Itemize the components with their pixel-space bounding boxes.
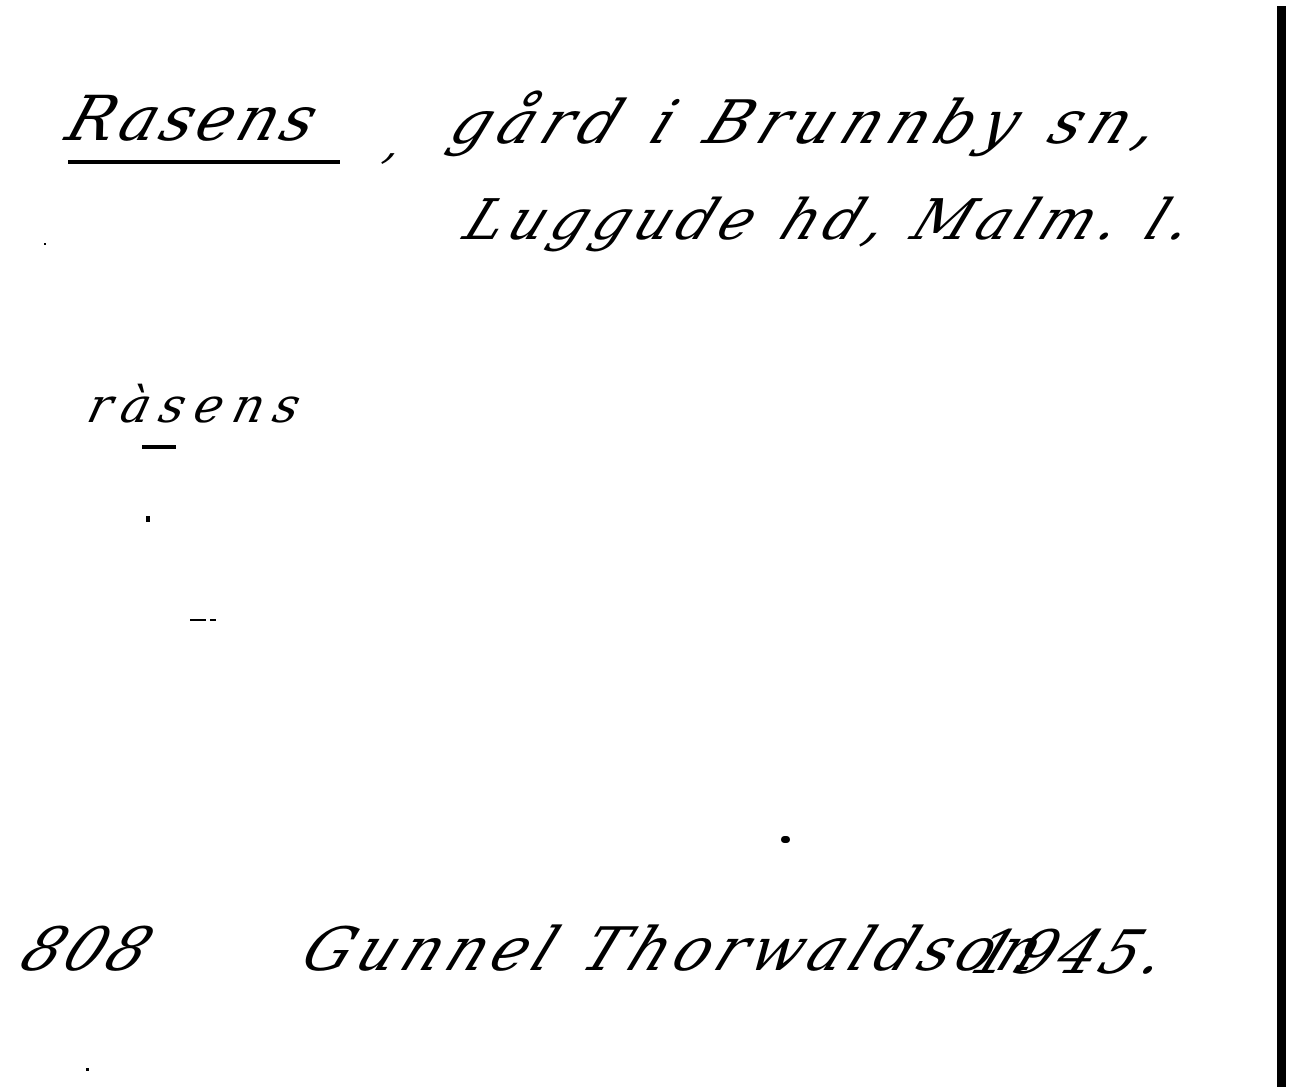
headword: Rasens bbox=[58, 82, 331, 155]
headword-separator: , bbox=[378, 118, 417, 169]
card-right-edge-scan-border bbox=[1277, 6, 1286, 1087]
headword-underline bbox=[68, 160, 340, 164]
phonetic-stress-underline bbox=[142, 445, 176, 449]
recorder-name: Gunnel Thorwaldson bbox=[292, 915, 1060, 985]
archive-card: Rasens , gård i Brunnby sn, Luggude hd, … bbox=[0, 0, 1290, 1087]
record-year: 1945. bbox=[962, 918, 1182, 988]
ink-speck bbox=[210, 619, 216, 621]
ink-speck bbox=[146, 516, 150, 522]
description-line-1: gård i Brunnby sn, bbox=[440, 88, 1179, 158]
ink-speck bbox=[86, 1068, 89, 1071]
ink-dot bbox=[781, 836, 790, 843]
ink-speck bbox=[44, 243, 46, 245]
ink-speck bbox=[190, 619, 206, 621]
record-number: 808 bbox=[10, 915, 168, 985]
description-line-2: Luggude hd, Malm. l. bbox=[455, 188, 1210, 253]
phonetic-transcription: ràsens bbox=[82, 378, 316, 434]
